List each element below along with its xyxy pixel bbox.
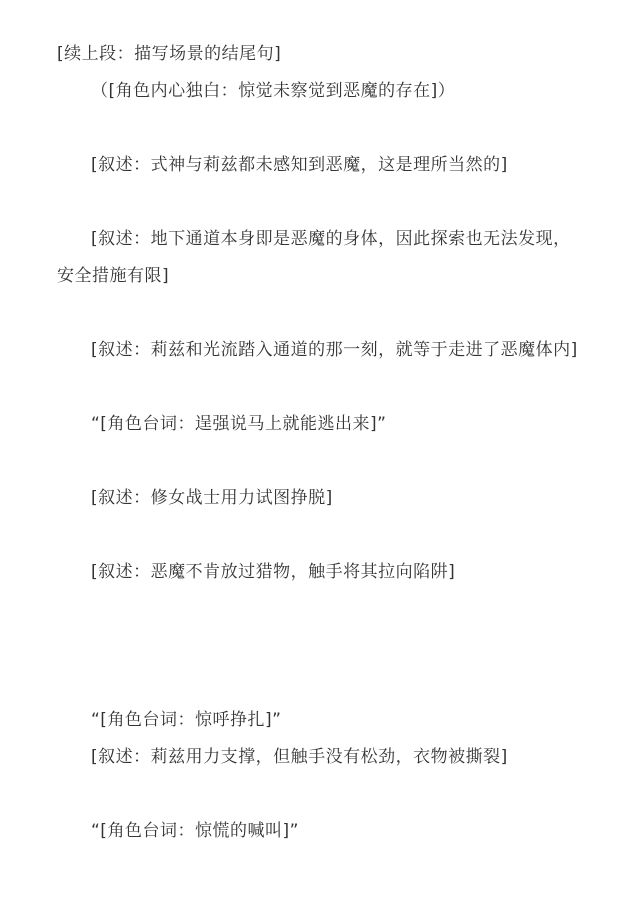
paragraph-text: [叙述：恶魔不肯放过猎物，触手将其拉向陷阱]: [91, 562, 455, 582]
paragraph-text: [叙述：莉兹和光流踏入通道的那一刻，就等于走进了恶魔体内]: [91, 340, 578, 360]
paragraph-11: “[角色台词：惊慌的喊叫]”: [57, 813, 587, 850]
paragraph-text: “[角色台词：惊慌的喊叫]”: [91, 821, 299, 841]
paragraph-text: [续上段：描写场景的结尾句]: [57, 44, 281, 64]
paragraph-4: [叙述：地下通道本身即是恶魔的身体，因此探索也无法发现，安全措施有限]: [57, 221, 587, 332]
paragraph-6: “[角色台词：逞强说马上就能逃出来]”: [57, 406, 587, 480]
paragraph-7: [叙述：修女战士用力试图挣脱]: [57, 480, 587, 554]
paragraph-10: [叙述：莉兹用力支撑，但触手没有松劲，衣物被撕裂]: [57, 739, 587, 813]
paragraph-1: [续上段：描写场景的结尾句]: [57, 36, 587, 73]
paragraph-text: [叙述：地下通道本身即是恶魔的身体，因此探索也无法发现，安全措施有限]: [57, 229, 571, 286]
paragraph-text: （[角色内心独白：惊觉未察觉到恶魔的存在]）: [91, 81, 455, 101]
paragraph-8: [叙述：恶魔不肯放过猎物，触手将其拉向陷阱]: [57, 554, 587, 702]
paragraph-text: [叙述：式神与莉兹都未感知到恶魔，这是理所当然的]: [91, 155, 508, 175]
paragraph-9: “[角色台词：惊呼挣扎]”: [57, 702, 587, 739]
paragraph-text: [叙述：修女战士用力试图挣脱]: [91, 488, 333, 508]
paragraph-3: [叙述：式神与莉兹都未感知到恶魔，这是理所当然的]: [57, 147, 587, 221]
paragraph-text: [叙述：莉兹用力支撑，但触手没有松劲，衣物被撕裂]: [91, 747, 508, 767]
paragraph-2: （[角色内心独白：惊觉未察觉到恶魔的存在]）: [57, 73, 587, 147]
paragraph-text: “[角色台词：惊呼挣扎]”: [91, 710, 281, 730]
document-page: [续上段：描写场景的结尾句] （[角色内心独白：惊觉未察觉到恶魔的存在]） [叙…: [57, 36, 587, 850]
paragraph-5: [叙述：莉兹和光流踏入通道的那一刻，就等于走进了恶魔体内]: [57, 332, 587, 406]
paragraph-text: “[角色台词：逞强说马上就能逃出来]”: [91, 414, 386, 434]
